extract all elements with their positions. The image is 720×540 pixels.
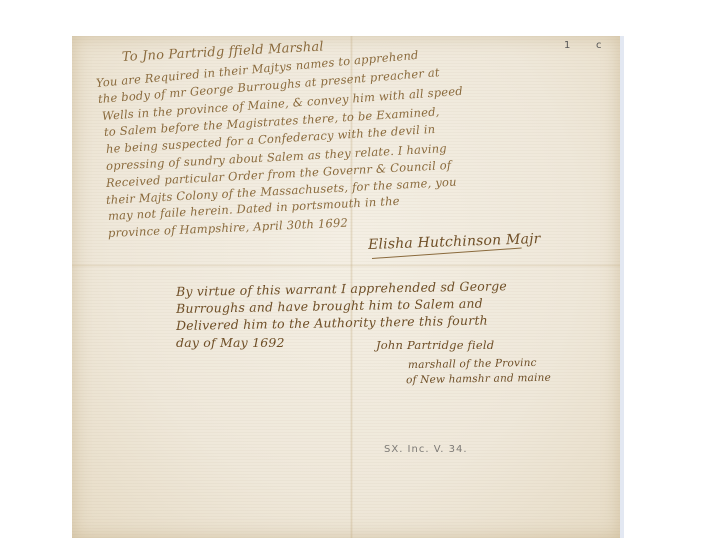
return-line: day of May 1692 (176, 335, 285, 350)
page-mark-2: c (596, 40, 602, 51)
scan-edge (620, 36, 624, 538)
return-signature: John Partridge field (376, 338, 494, 352)
marshal-title: of New hamshr and maine (406, 372, 551, 387)
marshal-title: marshall of the Provinc (408, 357, 537, 371)
horizontal-fold-line (72, 264, 620, 267)
page-mark-1: 1 (564, 40, 570, 51)
manuscript-page: 1 c To Jno Partridg ffield Marshal You a… (72, 36, 620, 538)
archive-mark: SX. Inc. V. 34. (384, 444, 468, 455)
return-line: Delivered him to the Authority there thi… (176, 313, 488, 333)
warrant-signature: Elisha Hutchinson Majr (368, 231, 541, 253)
